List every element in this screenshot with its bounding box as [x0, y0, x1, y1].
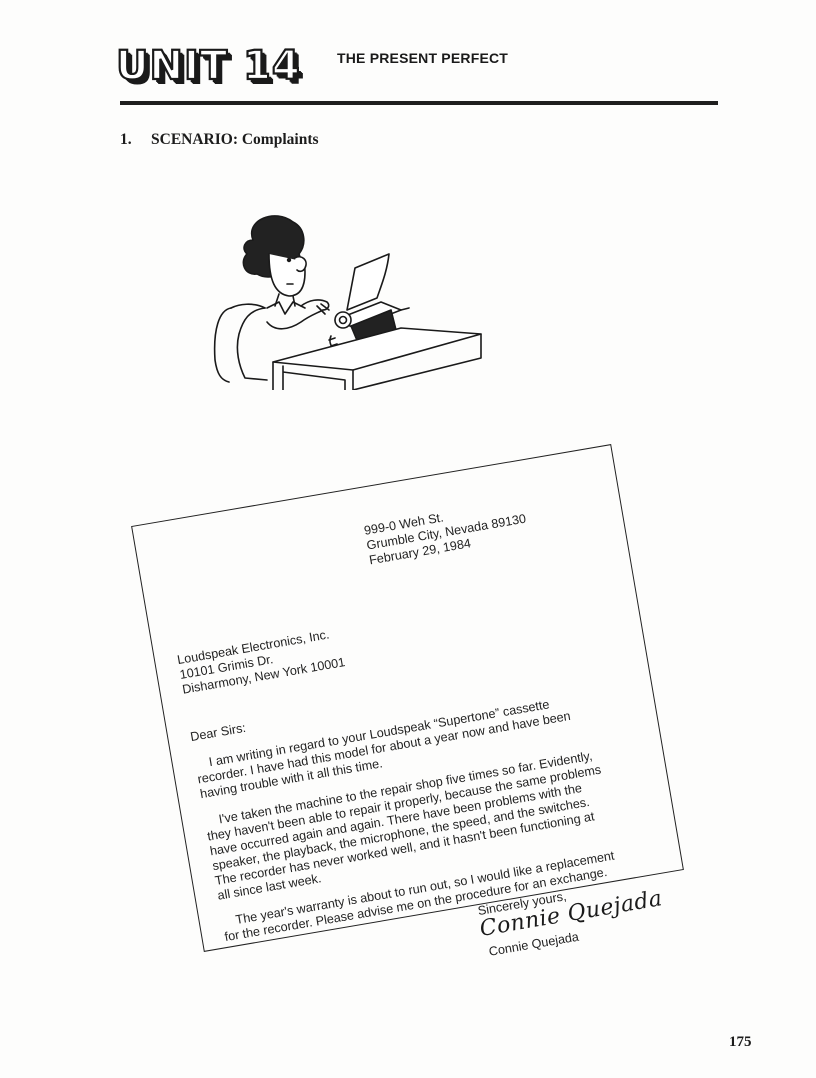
sender-address: 999-0 Weh St. Grumble City, Nevada 89130…: [363, 497, 530, 569]
page-number: 175: [729, 1034, 752, 1051]
woman-typing-illustration-icon: [205, 210, 495, 390]
section-heading: 1.SCENARIO: Complaints: [120, 131, 319, 149]
header-divider: [120, 101, 718, 105]
complaint-letter: 999-0 Weh St. Grumble City, Nevada 89130…: [131, 444, 684, 952]
section-number: 1.: [120, 131, 151, 149]
section-title: SCENARIO: Complaints: [151, 131, 319, 148]
recipient-address: Loudspeak Electronics, Inc. 10101 Grimis…: [176, 626, 346, 698]
salutation: Dear Sirs:: [189, 721, 247, 745]
unit-title: UNIT 14: [116, 42, 301, 90]
unit-subtitle: THE PRESENT PERFECT: [337, 50, 508, 66]
